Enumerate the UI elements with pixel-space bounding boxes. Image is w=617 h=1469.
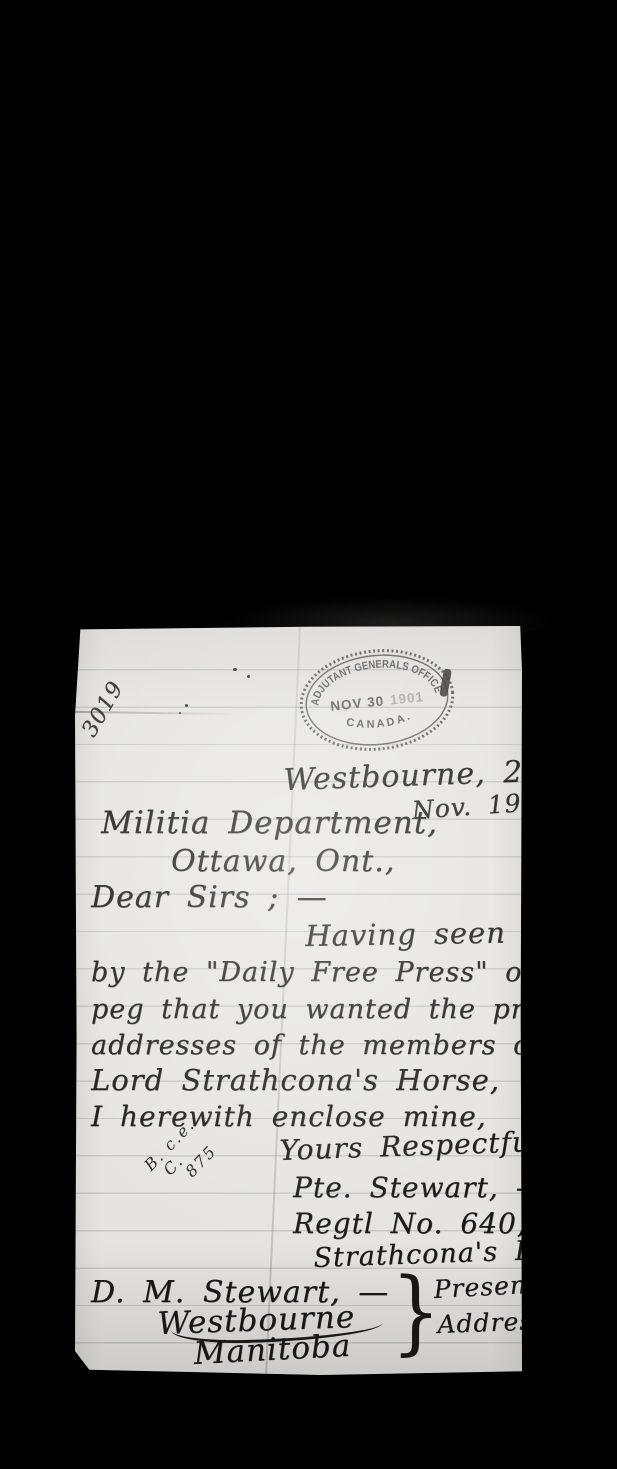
stamp-country-text: CANADA.: [344, 709, 415, 734]
signature-regimental-number: Regtl No. 640,: [293, 1210, 527, 1238]
body-line: peg that you wanted the present: [91, 996, 604, 1023]
docket-file-number: 3019: [79, 678, 128, 741]
recipient-line-2: Ottawa, Ont.,: [171, 847, 395, 877]
body-line: by the "Daily Free Press" of Winni-: [91, 959, 617, 986]
sender-province: Manitoba: [193, 1331, 352, 1370]
address-label-line-1: Present: [433, 1272, 539, 1302]
stamp-date-text: NOV 301901: [330, 689, 425, 714]
body-line: addresses of the members of: [91, 1032, 541, 1059]
closing: Yours Respectfully,: [279, 1127, 574, 1165]
dateline-place: Westbourne, 25th: [283, 756, 577, 796]
ink-speck: [179, 712, 181, 714]
ink-speck: [185, 704, 188, 707]
body-line: Lord Strathcona's Horse,: [91, 1066, 500, 1095]
salutation: Dear Sirs ; —: [91, 883, 328, 913]
signature-unit: Strathcona's Horse: [313, 1235, 603, 1272]
ink-speck: [247, 675, 250, 678]
recipient-line-1: Militia Department,: [101, 808, 438, 839]
letter-scan: 3019 ADJUTANT GENERALS OFFICE NOV 301901…: [0, 0, 617, 1469]
signature-name: Pte. Stewart, —: [293, 1174, 545, 1202]
address-label-line-2: Address.: [437, 1308, 556, 1337]
body-line: Having seen: [305, 918, 506, 950]
letter-page: 3019 ADJUTANT GENERALS OFFICE NOV 301901…: [75, 626, 522, 1375]
ink-speck: [233, 668, 237, 671]
body-line: I herewith enclose mine,: [91, 1103, 487, 1131]
